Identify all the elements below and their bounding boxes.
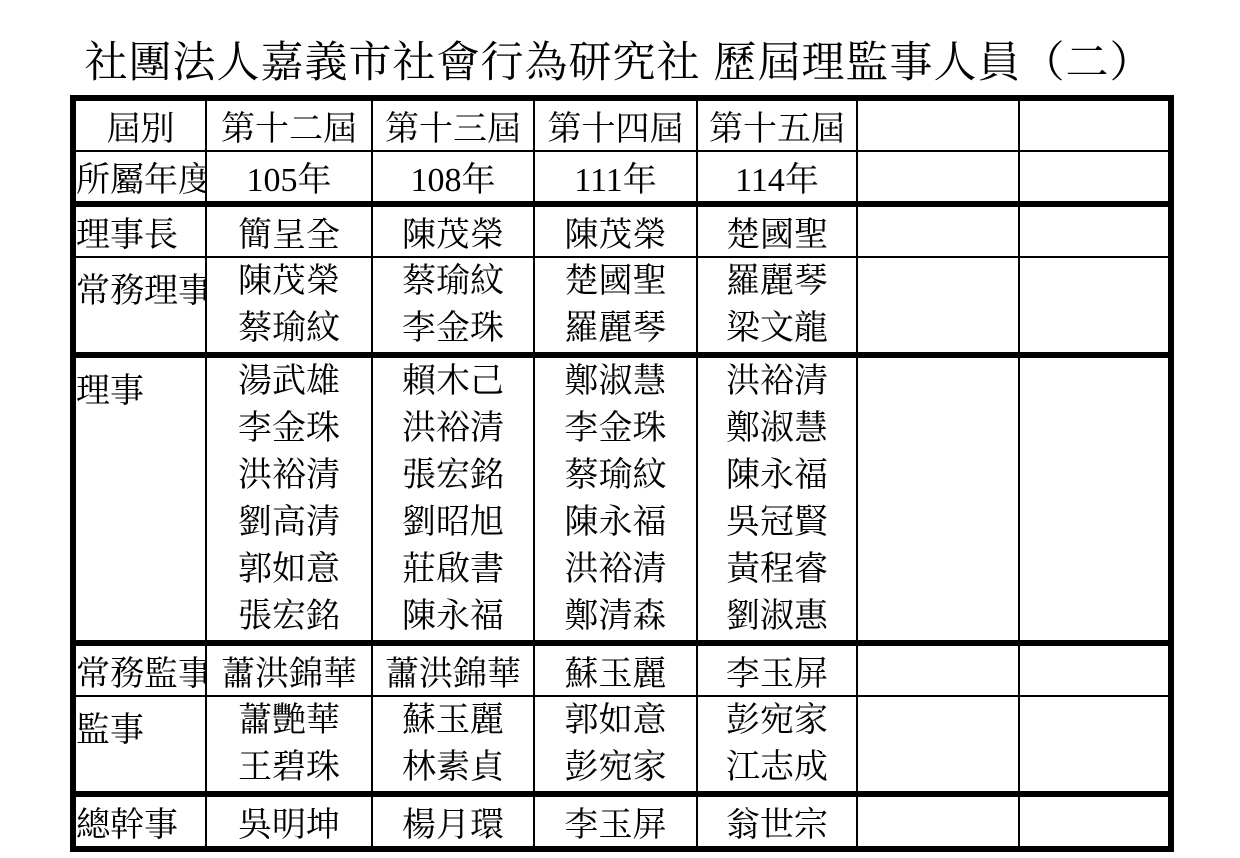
member-name: 張宏銘 — [373, 452, 533, 499]
value-cell — [857, 794, 1019, 849]
value-cell: 鄭淑慧李金珠蔡瑜紋陳永福洪裕清鄭清森 — [534, 355, 697, 643]
document-page: 社團法人嘉義市社會行為研究社 歷屆理監事人員（二） 屆別第十二屆第十三屆第十四屆… — [0, 0, 1240, 858]
member-name: 洪裕清 — [698, 358, 856, 405]
row-label-cell: 理事長 — [73, 204, 206, 257]
member-name: 郭如意 — [207, 546, 371, 593]
member-name: 劉昭旭 — [373, 499, 533, 546]
member-name: 黃程睿 — [698, 546, 856, 593]
member-name: 洪裕清 — [207, 452, 371, 499]
member-name: 洪裕清 — [373, 405, 533, 452]
member-name: 郭如意 — [535, 697, 696, 744]
member-name: 彭宛家 — [535, 744, 696, 791]
member-name: 莊啟書 — [373, 546, 533, 593]
member-name: 鄭清森 — [535, 593, 696, 640]
value-cell — [1019, 643, 1171, 696]
table-row: 理事長簡呈全陳茂榮陳茂榮楚國聖 — [73, 204, 1171, 257]
value-cell — [1019, 257, 1171, 355]
value-cell: 吳明坤 — [206, 794, 372, 849]
value-cell: 蘇玉麗 — [534, 643, 697, 696]
value-cell: 108年 — [372, 151, 534, 204]
value-cell: 李玉屏 — [534, 794, 697, 849]
row-label-cell: 常務監事 — [73, 643, 206, 696]
roster-table: 屆別第十二屆第十三屆第十四屆第十五屆所屬年度105年108年111年114年理事… — [70, 95, 1174, 852]
term-header-cell: 第十五屆 — [697, 98, 857, 151]
value-cell — [857, 696, 1019, 794]
term-header-cell — [1019, 98, 1171, 151]
member-name: 羅麗琴 — [535, 305, 696, 352]
row-label-cell: 總幹事 — [73, 794, 206, 849]
member-name: 楚國聖 — [535, 258, 696, 305]
table-row: 所屬年度105年108年111年114年 — [73, 151, 1171, 204]
member-name: 劉淑惠 — [698, 593, 856, 640]
value-cell — [857, 204, 1019, 257]
page-title: 社團法人嘉義市社會行為研究社 歷屆理監事人員（二） — [70, 40, 1168, 87]
value-cell — [857, 355, 1019, 643]
value-cell: 楚國聖 — [697, 204, 857, 257]
value-cell: 陳茂榮蔡瑜紋 — [206, 257, 372, 355]
member-name: 蘇玉麗 — [373, 697, 533, 744]
row-label-cell: 理事 — [73, 355, 206, 643]
member-name: 蔡瑜紋 — [207, 305, 371, 352]
value-cell: 陳茂榮 — [372, 204, 534, 257]
value-cell: 李玉屏 — [697, 643, 857, 696]
member-name: 李金珠 — [207, 405, 371, 452]
term-header-cell — [857, 98, 1019, 151]
table-row: 總幹事吳明坤楊月環李玉屏翁世宗 — [73, 794, 1171, 849]
value-cell: 郭如意彭宛家 — [534, 696, 697, 794]
value-cell: 楚國聖羅麗琴 — [534, 257, 697, 355]
term-header-cell: 第十四屆 — [534, 98, 697, 151]
value-cell: 彭宛家江志成 — [697, 696, 857, 794]
member-name: 蕭艷華 — [207, 697, 371, 744]
table-row: 理事湯武雄李金珠洪裕清劉高清郭如意張宏銘賴木己洪裕清張宏銘劉昭旭莊啟書陳永福鄭淑… — [73, 355, 1171, 643]
value-cell: 洪裕清鄭淑慧陳永福吳冠賢黃程睿劉淑惠 — [697, 355, 857, 643]
member-name: 吳冠賢 — [698, 499, 856, 546]
member-name: 洪裕清 — [535, 546, 696, 593]
table-row: 常務理事陳茂榮蔡瑜紋蔡瑜紋李金珠楚國聖羅麗琴羅麗琴梁文龍 — [73, 257, 1171, 355]
member-name: 陳永福 — [373, 593, 533, 640]
term-header-row: 屆別第十二屆第十三屆第十四屆第十五屆 — [73, 98, 1171, 151]
roster-body: 屆別第十二屆第十三屆第十四屆第十五屆所屬年度105年108年111年114年理事… — [73, 98, 1171, 849]
member-name: 陳永福 — [698, 452, 856, 499]
value-cell — [1019, 151, 1171, 204]
member-name: 鄭淑慧 — [535, 358, 696, 405]
term-header-cell: 第十三屆 — [372, 98, 534, 151]
member-name: 江志成 — [698, 744, 856, 791]
value-cell — [857, 257, 1019, 355]
member-name: 梁文龍 — [698, 305, 856, 352]
table-row: 監事蕭艷華王碧珠蘇玉麗林素貞郭如意彭宛家彭宛家江志成 — [73, 696, 1171, 794]
value-cell — [1019, 204, 1171, 257]
member-name: 王碧珠 — [207, 744, 371, 791]
term-header-cell: 第十二屆 — [206, 98, 372, 151]
value-cell: 蕭洪錦華 — [206, 643, 372, 696]
value-cell: 陳茂榮 — [534, 204, 697, 257]
value-cell: 蘇玉麗林素貞 — [372, 696, 534, 794]
value-cell: 蔡瑜紋李金珠 — [372, 257, 534, 355]
member-name: 蔡瑜紋 — [535, 452, 696, 499]
value-cell: 蕭洪錦華 — [372, 643, 534, 696]
member-name: 李金珠 — [535, 405, 696, 452]
row-label-cell: 監事 — [73, 696, 206, 794]
member-name: 鄭淑慧 — [698, 405, 856, 452]
member-name: 湯武雄 — [207, 358, 371, 405]
member-name: 羅麗琴 — [698, 258, 856, 305]
member-name: 彭宛家 — [698, 697, 856, 744]
value-cell: 蕭艷華王碧珠 — [206, 696, 372, 794]
value-cell: 羅麗琴梁文龍 — [697, 257, 857, 355]
value-cell — [857, 151, 1019, 204]
value-cell — [1019, 696, 1171, 794]
member-name: 劉高清 — [207, 499, 371, 546]
value-cell: 湯武雄李金珠洪裕清劉高清郭如意張宏銘 — [206, 355, 372, 643]
member-name: 李金珠 — [373, 305, 533, 352]
member-name: 林素貞 — [373, 744, 533, 791]
member-name: 張宏銘 — [207, 593, 371, 640]
table-row: 常務監事蕭洪錦華蕭洪錦華蘇玉麗李玉屏 — [73, 643, 1171, 696]
member-name: 蔡瑜紋 — [373, 258, 533, 305]
row-label-cell: 常務理事 — [73, 257, 206, 355]
value-cell: 翁世宗 — [697, 794, 857, 849]
member-name: 陳永福 — [535, 499, 696, 546]
value-cell: 105年 — [206, 151, 372, 204]
member-name: 賴木己 — [373, 358, 533, 405]
value-cell — [857, 643, 1019, 696]
value-cell: 賴木己洪裕清張宏銘劉昭旭莊啟書陳永福 — [372, 355, 534, 643]
value-cell — [1019, 794, 1171, 849]
value-cell: 111年 — [534, 151, 697, 204]
member-name: 陳茂榮 — [207, 258, 371, 305]
value-cell: 楊月環 — [372, 794, 534, 849]
value-cell — [1019, 355, 1171, 643]
value-cell: 114年 — [697, 151, 857, 204]
value-cell: 簡呈全 — [206, 204, 372, 257]
row-label-cell: 所屬年度 — [73, 151, 206, 204]
term-header-label-cell: 屆別 — [73, 98, 206, 151]
